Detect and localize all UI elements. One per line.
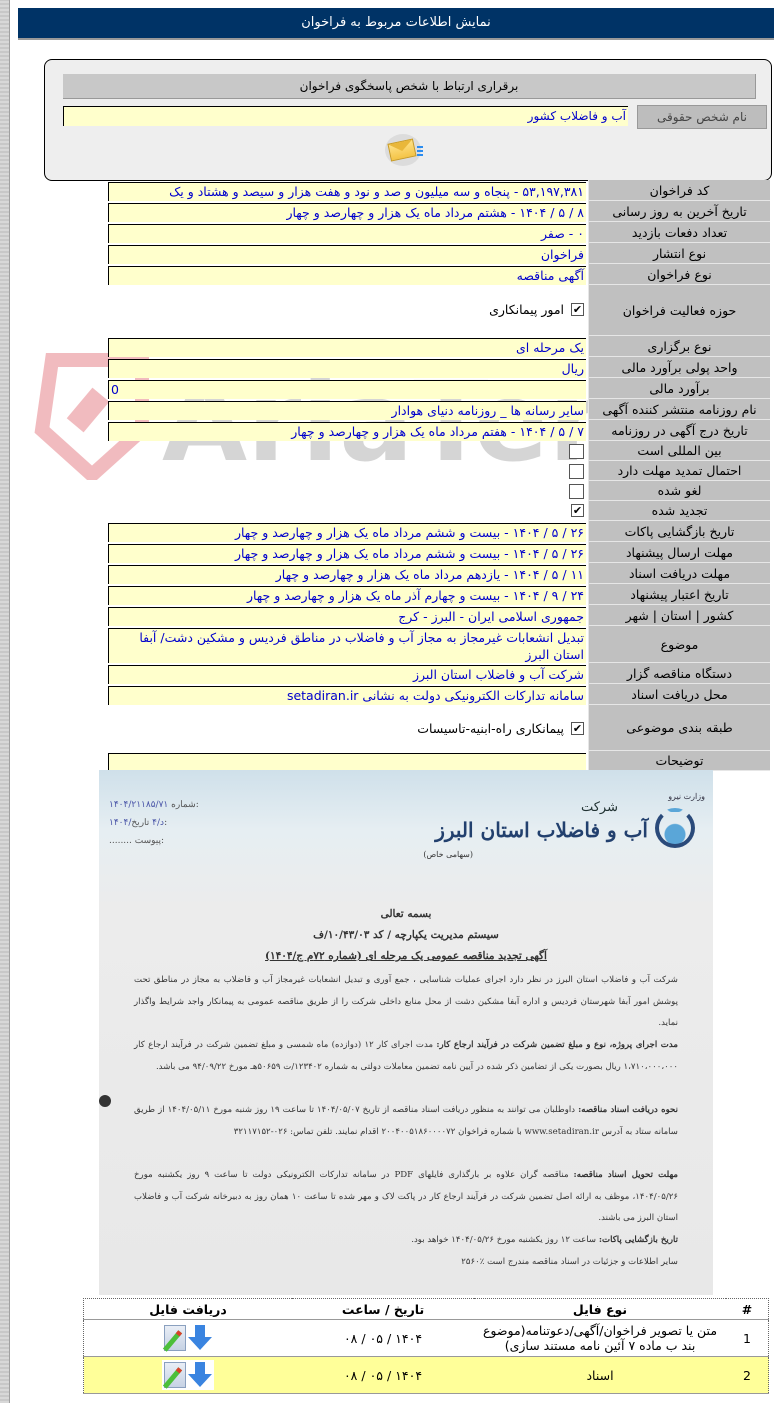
doc-attach-label: پیوست: (135, 836, 164, 846)
extension-possible-checkbox[interactable] (569, 464, 584, 479)
extension-possible-label: احتمال تمدید مهلت دارد (588, 461, 770, 481)
renewed-label: تجدید شده (588, 501, 770, 521)
tender-code-label: کد فراخوان (588, 180, 770, 201)
field-visit-count: تعداد دفعات بازدید ۰ - صفر (12, 222, 774, 243)
field-activity-scope: حوزه فعالیت فراخوان ✔ امور پیمانکاری (12, 285, 774, 336)
doc-opening: تاریخ بازگشایی پاکات: ساعت ۱۲ روز یکشنبه… (134, 1230, 678, 1252)
doc-deliver-title: مهلت تحویل اسناد مناقصه: (574, 1170, 679, 1180)
holding-type-label: نوع برگزاری (588, 336, 770, 357)
doc-deliver: مهلت تحویل اسناد مناقصه: مناقصه گران علا… (134, 1165, 678, 1230)
subject-label: موضوع (588, 626, 770, 663)
water-company-logo-icon (655, 808, 695, 848)
location-value: جمهوری اسلامی ایران - البرز - کرج (108, 607, 586, 626)
tender-code-value: ۵۳,۱۹۷,۳۸۱ - پنجاه و سه میلیون و صد و نو… (108, 182, 586, 201)
field-docs-deadline: مهلت دریافت اسناد ۱۱ / ۵ / ۱۴۰۴ - یازدهم… (12, 563, 774, 584)
doc-number: ۱۴۰۴/۲۱۱۸۵/۷۱ (109, 800, 168, 810)
field-description: توضیحات (12, 751, 774, 771)
download-arrow-icon[interactable] (188, 1325, 212, 1351)
international-checkbox[interactable] (569, 444, 584, 459)
field-opening-date: تاریخ بازگشایی پاکات ۲۶ / ۵ / ۱۴۰۴ - بیس… (12, 521, 774, 542)
contact-responder-button[interactable]: برقراری ارتباط با شخص پاسخگوی فراخوان (63, 74, 756, 99)
cancelled-checkbox[interactable] (569, 484, 584, 499)
category-option: پیمانکاری راه-ابنیه-تاسیسات (417, 721, 564, 736)
field-tender-code: کد فراخوان ۵۳,۱۹۷,۳۸۱ - پنجاه و سه میلیو… (12, 180, 774, 201)
row-download (84, 1320, 293, 1357)
table-row: 2 اسناد ۱۴۰۴ / ۰۵ / ۰۸ (84, 1357, 769, 1394)
submission-deadline-label: مهلت ارسال پیشنهاد (588, 542, 770, 563)
doc-duration: مدت اجرای پروژه، نوع و مبلغ تضمین شرکت د… (134, 1035, 678, 1078)
files-table-header: # نوع فایل تاریخ / ساعت دریافت فایل (84, 1299, 769, 1320)
field-submission-deadline: مهلت ارسال پیشنهاد ۲۶ / ۵ / ۱۴۰۴ - بیست … (12, 542, 774, 563)
field-tender-type: نوع فراخوان آگهی مناقصه (12, 264, 774, 285)
field-international: بین المللی است (12, 441, 774, 461)
activity-scope-label: حوزه فعالیت فراخوان (588, 285, 770, 336)
contact-panel: برقراری ارتباط با شخص پاسخگوی فراخوان نا… (44, 59, 772, 181)
category-checkbox[interactable]: ✔ (571, 722, 584, 735)
international-label: بین المللی است (588, 441, 770, 461)
mail-icon[interactable] (385, 134, 421, 166)
legal-person-value: آب و فاضلاب کشور (63, 106, 628, 126)
field-holding-type: نوع برگزاری یک مرحله ای (12, 336, 774, 357)
newspaper-label: نام روزنامه منتشر کننده آگهی (588, 399, 770, 420)
col-file-type: نوع فایل (474, 1299, 726, 1320)
doc-opening-title: تاریخ بازگشایی پاکات: (599, 1235, 678, 1245)
col-download: دریافت فایل (84, 1299, 293, 1320)
currency-value: ریال (108, 359, 586, 378)
table-row: 1 متن یا تصویر فراخوان/آگهی/دعوتنامه(موض… (84, 1320, 769, 1357)
newspaper-date-label: تاریخ درج آگهی در روزنامه (588, 420, 770, 441)
row-date: ۱۴۰۴ / ۰۵ / ۰۸ (292, 1320, 474, 1357)
organizer-label: دستگاه مناقصه گزار (588, 663, 770, 684)
doc-number-label: شماره: (171, 800, 199, 810)
doc-company-sub: (سهامی خاص) (423, 850, 473, 859)
doc-line2: سیستم مدیریت یکپارچه / کد ۱۰/۴۳/۰۳/ف (99, 929, 713, 941)
row-file-type: متن یا تصویر فراخوان/آگهی/دعوتنامه(موضوع… (474, 1320, 726, 1357)
col-num: # (726, 1299, 769, 1320)
doc-other: سایر اطلاعات و جزئیات در اسناد مناقصه من… (134, 1252, 678, 1274)
field-organizer: دستگاه مناقصه گزار شرکت آب و فاضلاب استا… (12, 663, 774, 684)
category-label: طبقه بندی موضوعی (588, 705, 770, 751)
field-last-update: تاریخ آخرین به روز رسانی ۸ / ۵ / ۱۴۰۴ - … (12, 201, 774, 222)
description-value (108, 753, 586, 771)
tender-type-label: نوع فراخوان (588, 264, 770, 285)
window-left-edge (0, 0, 10, 1403)
field-validity-date: تاریخ اعتبار پیشنهاد ۲۴ / ۹ / ۱۴۰۴ - بیس… (12, 584, 774, 605)
last-update-value: ۸ / ۵ / ۱۴۰۴ - هشتم مرداد ماه یک هزار و … (108, 203, 586, 222)
doc-intro: شرکت آب و فاضلاب استان البرز در نظر دارد… (134, 970, 678, 1035)
last-update-label: تاریخ آخرین به روز رسانی (588, 201, 770, 222)
docs-location-label: محل دریافت اسناد (588, 684, 770, 705)
doc-meta: ۱۴۰۴/۲۱۱۸۵/۷۱ شماره: ۱۴۰۴/د/۴ تاریخ: ...… (109, 796, 199, 850)
field-renewed: تجدید شده ✔ (12, 501, 774, 521)
legal-person-label: نام شخص حقوقی (637, 105, 767, 129)
download-arrow-icon[interactable] (188, 1362, 212, 1388)
validity-date-value: ۲۴ / ۹ / ۱۴۰۴ - بیست و چهارم آذر ماه یک … (108, 586, 586, 605)
doc-company: آب و فاضلاب استان البرز (435, 818, 648, 842)
page-title: نمایش اطلاعات مربوط به فراخوان (18, 8, 774, 40)
doc-opening-text: ساعت ۱۲ روز یکشنبه مورخ ۱۴۰۴/۰۵/۲۶ خواهد… (411, 1235, 596, 1245)
row-file-type: اسناد (474, 1357, 726, 1394)
row-download (84, 1357, 293, 1394)
docs-deadline-value: ۱۱ / ۵ / ۱۴۰۴ - یازدهم مرداد ماه یک هزار… (108, 565, 586, 584)
doc-ministry: وزارت نیرو (668, 792, 705, 801)
punch-hole (99, 1095, 111, 1107)
newspaper-date-value: ۷ / ۵ / ۱۴۰۴ - هفتم مرداد ماه یک هزار و … (108, 422, 586, 441)
field-estimate: برآورد مالی 0 (12, 378, 774, 399)
field-currency: واحد پولی برآورد مالی ریال (12, 357, 774, 378)
field-subject: موضوع تبدیل انشعابات غیرمجاز به مجاز آب … (12, 626, 774, 663)
docs-location-value: سامانه تداركات الكترونیكی دولت به نشانی … (108, 686, 586, 705)
doc-duration-title: مدت اجرای پروژه، نوع و مبلغ تضمین شرکت د… (436, 1040, 678, 1050)
field-location: کشور | استان | شهر جمهوری اسلامی ایران -… (12, 605, 774, 626)
subject-value: تبدیل انشعابات غیرمجاز به مجاز آب و فاضل… (108, 628, 586, 663)
activity-scope-checkbox[interactable]: ✔ (571, 303, 584, 316)
description-label: توضیحات (588, 751, 770, 771)
newspaper-value: سایر رسانه ها _ روزنامه دنیای هوادار (108, 401, 586, 420)
renewed-checkbox[interactable]: ✔ (571, 504, 584, 517)
field-category: طبقه بندی موضوعی ✔ پیمانکاری راه-ابنیه-ت… (12, 705, 774, 751)
cancelled-label: لغو شده (588, 481, 770, 501)
publish-type-label: نوع انتشار (588, 243, 770, 264)
row-date: ۱۴۰۴ / ۰۵ / ۰۸ (292, 1357, 474, 1394)
files-table: # نوع فایل تاریخ / ساعت دریافت فایل 1 مت… (83, 1298, 769, 1394)
doc-line1: بسمه تعالی (99, 908, 713, 920)
opening-date-label: تاریخ بازگشایی پاکات (588, 521, 770, 542)
activity-scope-option: امور پیمانکاری (489, 302, 564, 317)
docs-deadline-label: مهلت دریافت اسناد (588, 563, 770, 584)
tender-details-page: نمایش اطلاعات مربوط به فراخوان برقراری ا… (12, 0, 774, 1403)
location-label: کشور | استان | شهر (588, 605, 770, 626)
doc-company-prefix: شرکت (581, 800, 618, 815)
field-newspaper-date: تاریخ درج آگهی در روزنامه ۷ / ۵ / ۱۴۰۴ -… (12, 420, 774, 441)
publish-type-value: فراخوان (108, 245, 586, 264)
holding-type-value: یک مرحله ای (108, 338, 586, 357)
col-date: تاریخ / ساعت (292, 1299, 474, 1320)
submission-deadline-value: ۲۶ / ۵ / ۱۴۰۴ - بیست و ششم مرداد ماه یک … (108, 544, 586, 563)
visit-count-label: تعداد دفعات بازدید (588, 222, 770, 243)
currency-label: واحد پولی برآورد مالی (588, 357, 770, 378)
row-num: 1 (726, 1320, 769, 1357)
field-docs-location: محل دریافت اسناد سامانه تداركات الكترونی… (12, 684, 774, 705)
row-num: 2 (726, 1357, 769, 1394)
field-newspaper: نام روزنامه منتشر کننده آگهی سایر رسانه … (12, 399, 774, 420)
opening-date-value: ۲۶ / ۵ / ۱۴۰۴ - بیست و ششم مرداد ماه یک … (108, 523, 586, 542)
field-cancelled: لغو شده (12, 481, 774, 501)
tender-document-image[interactable]: وزارت نیرو شرکت آب و فاضلاب استان البرز … (99, 770, 713, 1295)
field-publish-type: نوع انتشار فراخوان (12, 243, 774, 264)
field-extension-possible: احتمال تمدید مهلت دارد (12, 461, 774, 481)
estimate-label: برآورد مالی (588, 378, 770, 399)
estimate-value: 0 (108, 380, 586, 399)
tender-type-value: آگهی مناقصه (108, 266, 586, 285)
document-edit-icon[interactable] (164, 1362, 186, 1388)
doc-receive-title: نحوه دریافت اسناد مناقصه: (578, 1105, 678, 1115)
doc-line3: آگهی تجدید مناقصه عمومی یک مرحله ای (شما… (99, 950, 713, 962)
visit-count-value: ۰ - صفر (108, 224, 586, 243)
doc-receive: نحوه دریافت اسناد مناقصه: داوطلبان می تو… (134, 1100, 678, 1143)
organizer-value: شرکت آب و فاضلاب استان البرز (108, 665, 586, 684)
validity-date-label: تاریخ اعتبار پیشنهاد (588, 584, 770, 605)
document-edit-icon[interactable] (164, 1325, 186, 1351)
